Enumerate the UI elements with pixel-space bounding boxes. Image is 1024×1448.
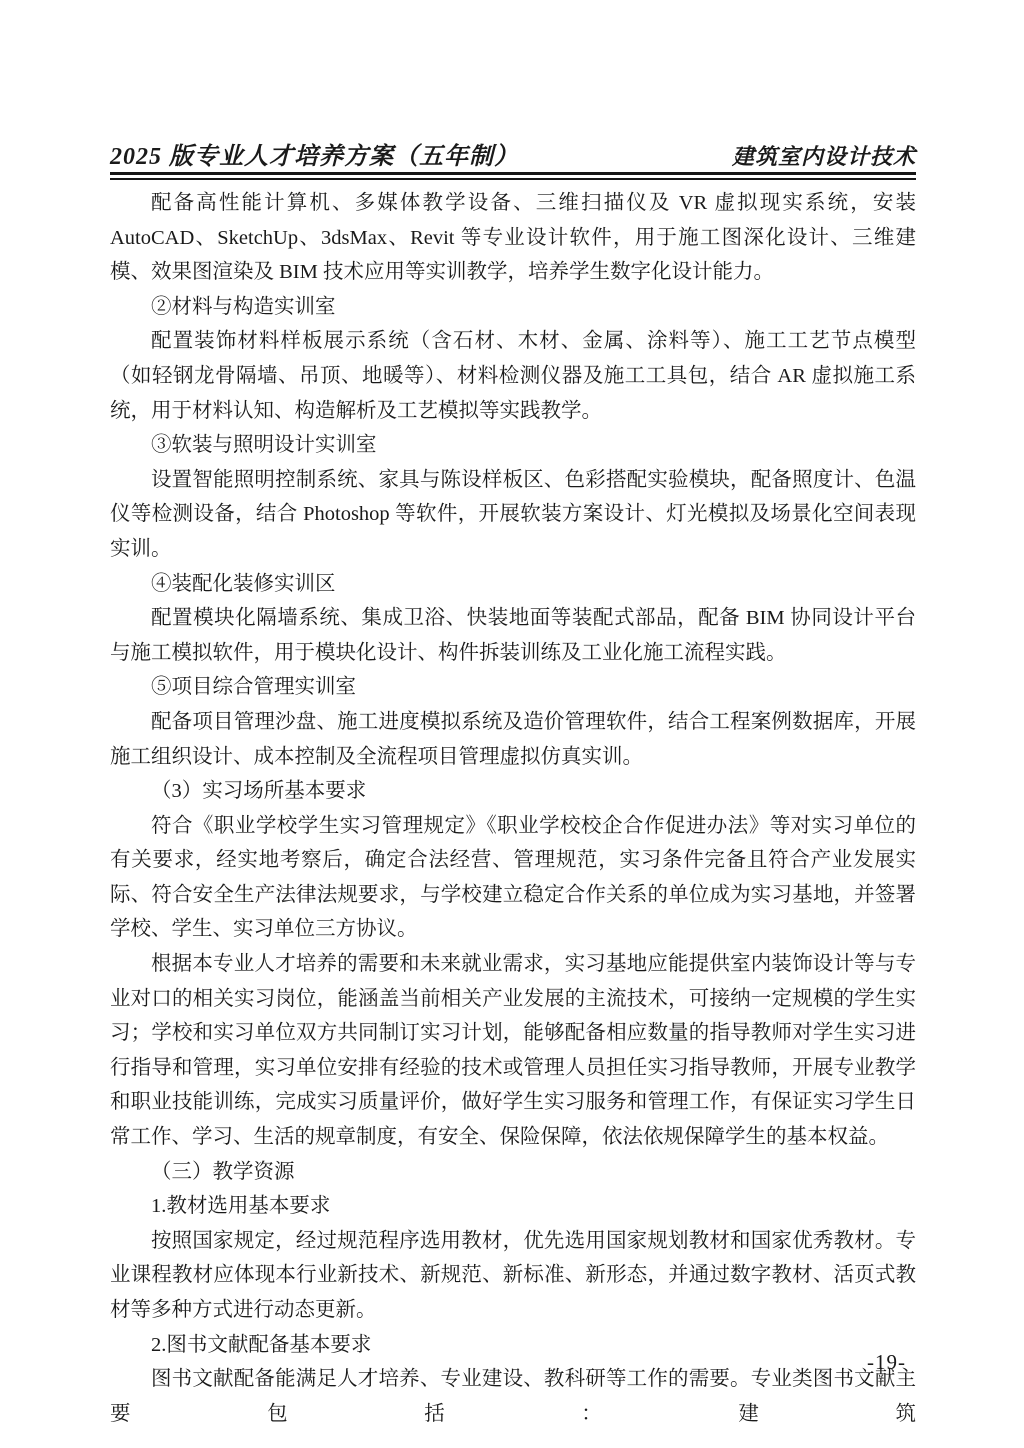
paragraph-project-management-lab: 配备项目管理沙盘、施工进度模拟系统及造价管理软件，结合工程案例数据库，开展施工组… [110,705,916,774]
document-page: 2025 版专业人才培养方案（五年制） 建筑室内设计技术 配备高性能计算机、多媒… [0,0,1024,1448]
header-double-rule [110,172,916,180]
page-number: -19- [867,1350,906,1374]
heading-textbook-selection: 1.教材选用基本要求 [110,1189,916,1224]
heading-prefab-decoration-area: ④装配化装修实训区 [110,567,916,602]
paragraph-textbook-selection: 按照国家规定，经过规范程序选用教材，优先选用国家规划教材和国家优秀教材。专业课程… [110,1224,916,1328]
heading-materials-construction-lab: ②材料与构造实训室 [110,290,916,325]
paragraph-softdecor-lighting-lab: 设置智能照明控制系统、家具与陈设样板区、色彩搭配实验模块，配备照度计、色温仪等检… [110,463,916,567]
heading-teaching-resources: （三）教学资源 [110,1155,916,1190]
paragraph-prefab-decoration-area: 配置模块化隔墙系统、集成卫浴、快装地面等装配式部品，配备 BIM 协同设计平台与… [110,601,916,670]
heading-softdecor-lighting-lab: ③软装与照明设计实训室 [110,428,916,463]
page-header: 2025 版专业人才培养方案（五年制） 建筑室内设计技术 [110,136,916,171]
paragraph-digital-design-lab: 配备高性能计算机、多媒体教学设备、三维扫描仪及 VR 虚拟现实系统，安装 Aut… [110,186,916,290]
heading-internship-site-requirements: （3）实习场所基本要求 [110,774,916,809]
page-body: 配备高性能计算机、多媒体教学设备、三维扫描仪及 VR 虚拟现实系统，安装 Aut… [110,186,916,1431]
paragraph-library-resources: 图书文献配备能满足人才培养、专业建设、教科研等工作的需要。专业类图书文献主要包括… [110,1362,916,1431]
header-doc-title: 2025 版专业人才培养方案（五年制） [110,136,519,171]
paragraph-internship-base-requirements: 根据本专业人才培养的需要和未来就业需求，实习基地应能提供室内装饰设计等与专业对口… [110,947,916,1155]
header-major-name: 建筑室内设计技术 [732,140,916,171]
page-footer: -19- [867,1350,906,1375]
paragraph-internship-unit-requirements: 符合《职业学校学生实习管理规定》《职业学校校企合作促进办法》等对实习单位的有关要… [110,809,916,947]
heading-library-resources: 2.图书文献配备基本要求 [110,1328,916,1363]
heading-project-management-lab: ⑤项目综合管理实训室 [110,670,916,705]
paragraph-materials-construction-lab: 配置装饰材料样板展示系统（含石材、木材、金属、涂料等）、施工工艺节点模型（如轻钢… [110,324,916,428]
